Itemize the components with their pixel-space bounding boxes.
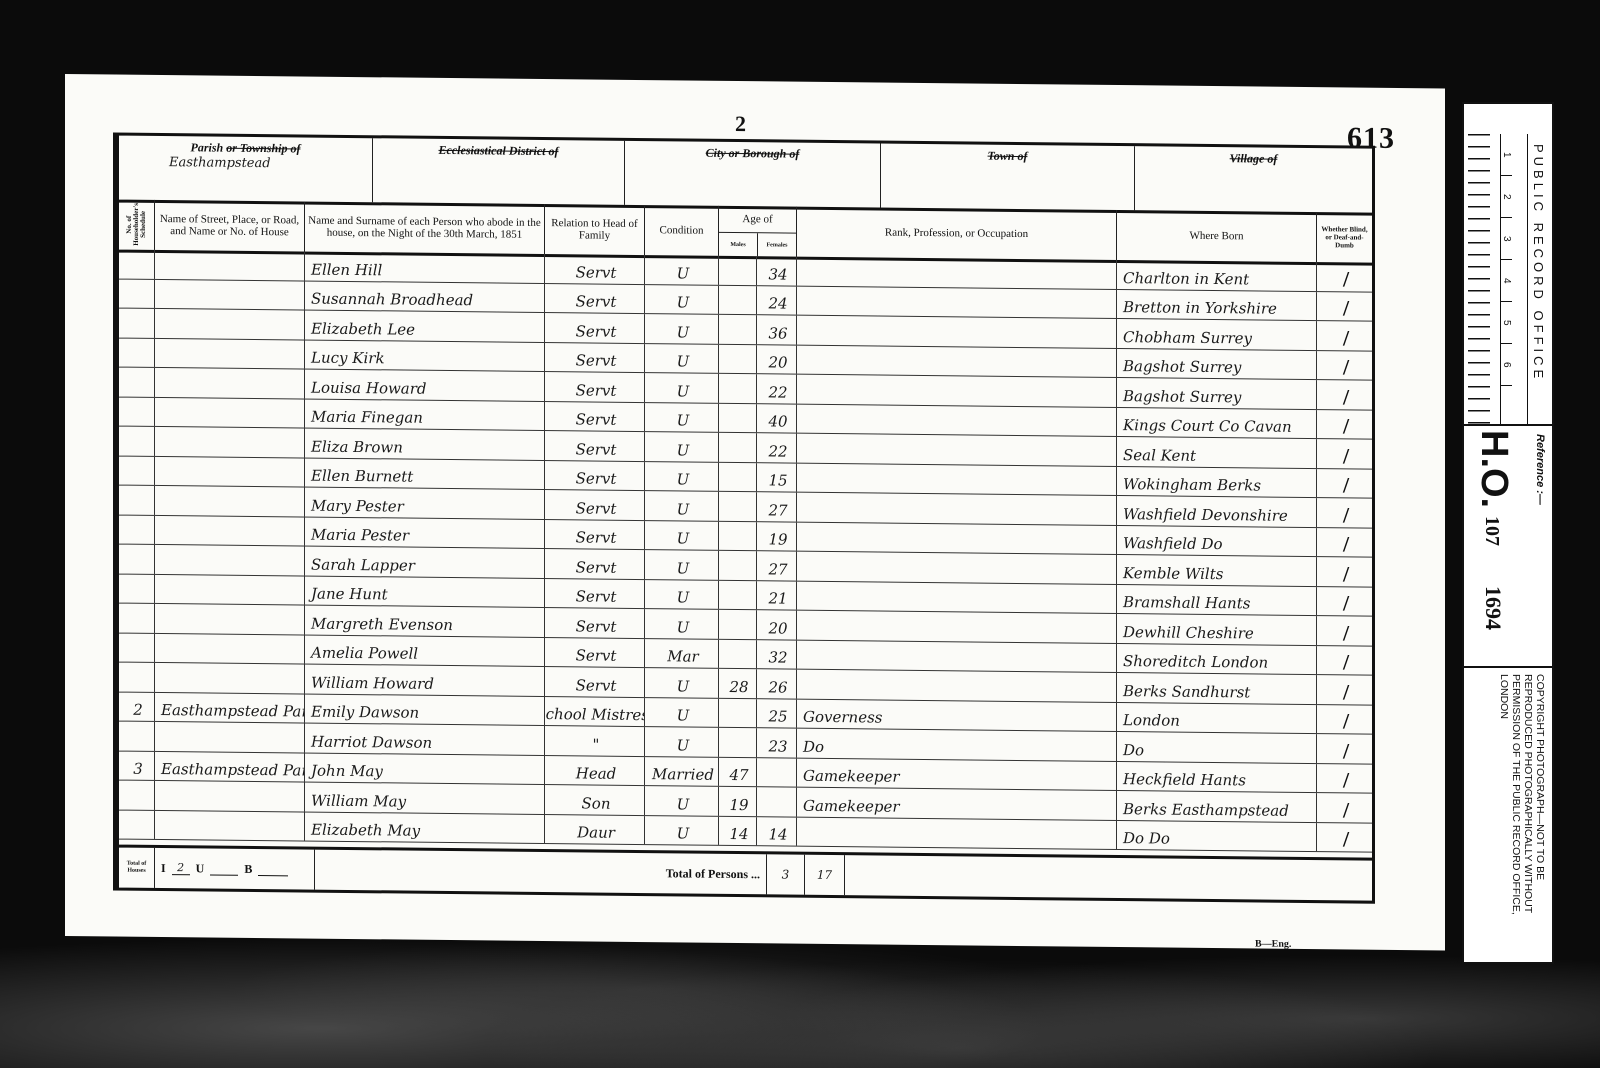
infirmity-cell: / [1317, 351, 1372, 380]
tally-mark-icon: / [1343, 711, 1349, 731]
occupation-cell [797, 404, 1117, 436]
occupation-cell [797, 345, 1117, 377]
females-total: 17 [805, 855, 845, 895]
infirmity-cell: / [1317, 764, 1372, 793]
infirmity-cell: / [1317, 557, 1372, 586]
persons-total-label: Total of Persons ... [315, 850, 767, 895]
occupation-cell [797, 581, 1117, 613]
archive-reference-strip: 123456 PUBLIC RECORD OFFICE Reference :—… [1462, 102, 1554, 964]
age-male-cell: 19 [719, 787, 757, 816]
age-male-cell [719, 344, 757, 373]
occupation-cell [797, 257, 1117, 289]
infirmity-cell: / [1317, 646, 1372, 675]
occupation-cell [797, 375, 1117, 407]
occupation-cell [797, 463, 1117, 495]
relation-cell: Servt [545, 520, 645, 550]
age-male-cell [719, 580, 757, 609]
relation-cell: Servt [545, 608, 645, 638]
age-female-cell [757, 787, 797, 816]
parish-value: Easthampstead [119, 155, 372, 173]
age-female-cell: 27 [757, 492, 797, 521]
schedule-cell [119, 515, 155, 544]
infirmity-cell: / [1317, 410, 1372, 439]
birthplace-cell: Wokingham Berks [1117, 467, 1317, 498]
occupation-cell [797, 493, 1117, 525]
age-male-cell [719, 639, 757, 668]
census-page: 2 613 Parish or Township of Easthampstea… [65, 74, 1445, 950]
col-birthplace: Where Born [1117, 210, 1317, 262]
relation-cell: Servt [545, 431, 645, 461]
condition-cell: U [645, 462, 719, 491]
condition-cell: U [645, 314, 719, 343]
house-cell [155, 663, 305, 693]
condition-cell: U [645, 786, 719, 815]
age-male-cell: 47 [719, 757, 757, 786]
class-code: H.O. [1472, 430, 1515, 508]
name-cell: Emily Dawson [305, 694, 545, 725]
infirmity-cell: / [1317, 262, 1372, 291]
age-male-cell [719, 551, 757, 580]
schedule-cell [119, 633, 155, 662]
condition-cell: U [645, 432, 719, 461]
name-cell: Elizabeth May [305, 812, 545, 843]
infirmity-cell: / [1317, 292, 1372, 321]
age-male-cell [719, 256, 757, 285]
birthplace-cell: Do Do [1117, 821, 1317, 852]
schedule-cell [119, 309, 155, 338]
relation-cell: Daur [545, 815, 645, 845]
infirmity-cell: / [1317, 469, 1372, 498]
birthplace-cell: Bagshot Surrey [1117, 378, 1317, 409]
house-cell [155, 486, 305, 516]
tally-mark-icon: / [1343, 800, 1349, 820]
house-cell: Easthampstead Park [155, 751, 305, 781]
age-male-cell [719, 462, 757, 491]
infirmity-cell: / [1317, 321, 1372, 350]
occupation-cell [797, 552, 1117, 584]
age-female-cell: 20 [757, 610, 797, 639]
occupation-cell [797, 817, 1117, 849]
relation-cell: Servt [545, 372, 645, 402]
condition-cell: U [645, 698, 719, 727]
schedule-cell [119, 722, 155, 751]
schedule-cell [119, 368, 155, 397]
age-female-cell: 22 [757, 433, 797, 462]
house-cell [155, 633, 305, 663]
house-cell [155, 574, 305, 604]
page-number: 2 [735, 111, 746, 137]
name-cell: Harriot Dawson [305, 724, 545, 755]
village-field: Village of [1135, 146, 1372, 212]
relation-cell: School Mistress [545, 697, 645, 727]
occupation-cell [797, 640, 1117, 672]
house-cell: Easthampstead Park [155, 692, 305, 722]
name-cell: William Howard [305, 665, 545, 696]
name-cell: Lucy Kirk [305, 340, 545, 371]
tally-mark-icon: / [1343, 741, 1349, 761]
condition-cell: U [645, 668, 719, 697]
schedule-cell [119, 604, 155, 633]
col-schedule: No. of Householder's Schedule [119, 200, 155, 250]
occupation-cell [797, 316, 1117, 348]
infirmity-cell: / [1317, 498, 1372, 527]
schedule-cell [119, 279, 155, 308]
tally-mark-icon: / [1343, 593, 1349, 613]
infirmity-cell: / [1317, 528, 1372, 557]
schedule-cell [119, 663, 155, 692]
name-cell: Jane Hunt [305, 576, 545, 607]
condition-cell: U [645, 727, 719, 756]
house-cell [155, 338, 305, 368]
col-condition: Condition [645, 205, 719, 256]
birthplace-cell: Bretton in Yorkshire [1117, 290, 1317, 321]
house-cell [155, 250, 305, 280]
house-cell [155, 515, 305, 545]
age-female-cell: 26 [757, 669, 797, 698]
house-cell [155, 722, 305, 752]
col-house: Name of Street, Place, or Road, and Name… [155, 200, 305, 252]
series-number: 107 [1480, 516, 1503, 546]
relation-cell: Servt [545, 461, 645, 491]
condition-cell: U [645, 816, 719, 845]
tally-mark-icon: / [1343, 446, 1349, 466]
age-male-cell [719, 374, 757, 403]
name-cell: Sarah Lapper [305, 547, 545, 578]
age-female-cell: 25 [757, 699, 797, 728]
age-male-cell [719, 728, 757, 757]
birthplace-cell: London [1117, 703, 1317, 734]
col-relation: Relation to Head of Family [545, 204, 645, 255]
birthplace-cell: Do [1117, 732, 1317, 763]
birthplace-cell: Seal Kent [1117, 437, 1317, 468]
borough-field: City or Borough of [625, 141, 881, 208]
birthplace-cell: Bramshall Hants [1117, 585, 1317, 616]
condition-cell: U [645, 373, 719, 402]
name-cell: Ellen Hill [305, 252, 545, 283]
house-cell [155, 368, 305, 398]
tally-mark-icon: / [1343, 652, 1349, 672]
relation-cell: Servt [545, 549, 645, 579]
schedule-cell [119, 250, 155, 279]
tally-mark-icon: / [1343, 534, 1349, 554]
age-male-cell: 28 [719, 669, 757, 698]
schedule-cell [119, 486, 155, 515]
name-cell: William May [305, 783, 545, 814]
condition-cell: U [645, 550, 719, 579]
schedule-cell: 2 [119, 692, 155, 721]
census-form: Parish or Township of Easthampstead Eccl… [113, 133, 1375, 904]
house-cell [155, 604, 305, 634]
relation-cell: Servt [545, 402, 645, 432]
age-female-cell: 14 [757, 817, 797, 846]
condition-cell: U [645, 285, 719, 314]
condition-cell: U [645, 344, 719, 373]
house-cell [155, 427, 305, 457]
relation-cell: Servt [545, 579, 645, 609]
col-name: Name and Surname of each Person who abod… [305, 202, 545, 255]
name-cell: Maria Finegan [305, 399, 545, 430]
house-cell [155, 545, 305, 575]
infirmity-cell: / [1317, 380, 1372, 409]
reference-box: Reference :— H.O. 107 1694 [1464, 426, 1552, 668]
condition-cell: U [645, 403, 719, 432]
condition-cell: U [645, 255, 719, 284]
tally-mark-icon: / [1343, 387, 1349, 407]
tally-mark-icon: / [1343, 829, 1349, 849]
tally-mark-icon: / [1343, 682, 1349, 702]
census-rows: Ellen HillServtU34Charlton in Kent/Susan… [119, 250, 1372, 853]
schedule-cell [119, 397, 155, 426]
schedule-cell [119, 338, 155, 367]
house-cell [155, 810, 305, 840]
age-female-cell: 40 [757, 404, 797, 433]
col-age: Age of MalesFemales [719, 206, 797, 257]
age-female-cell: 34 [757, 256, 797, 285]
age-male-cell [719, 610, 757, 639]
condition-cell: U [645, 580, 719, 609]
age-female-cell: 15 [757, 463, 797, 492]
infirmity-cell: / [1317, 616, 1372, 645]
tally-mark-icon: / [1343, 357, 1349, 377]
occupation-cell [797, 522, 1117, 554]
tally-mark-icon: / [1343, 475, 1349, 495]
schedule-cell [119, 810, 155, 839]
infirmity-cell: / [1317, 705, 1372, 734]
relation-cell: " [545, 726, 645, 756]
age-male-cell [719, 433, 757, 462]
tally-mark-icon: / [1343, 505, 1349, 525]
name-cell: Maria Pester [305, 517, 545, 548]
age-female-cell: 27 [757, 551, 797, 580]
schedule-cell [119, 456, 155, 485]
age-female-cell: 22 [757, 374, 797, 403]
birthplace-cell: Berks Sandhurst [1117, 673, 1317, 704]
condition-cell: Mar [645, 639, 719, 668]
house-cell [155, 456, 305, 486]
tally-mark-icon: / [1343, 269, 1349, 289]
occupation-cell [797, 611, 1117, 643]
age-female-cell: 23 [757, 728, 797, 757]
office-label: PUBLIC RECORD OFFICE [1531, 144, 1546, 382]
birthplace-cell: Charlton in Kent [1117, 260, 1317, 291]
occupation-cell: Governess [797, 699, 1117, 731]
totals-row: Total of Houses I 2 U B Total of Persons… [119, 845, 1372, 901]
house-cell [155, 309, 305, 339]
tally-mark-icon: / [1343, 770, 1349, 790]
tally-mark-icon: / [1343, 623, 1349, 643]
name-cell: Elizabeth Lee [305, 311, 545, 342]
form-code: B—Eng. [1255, 938, 1291, 949]
males-total: 3 [767, 854, 805, 894]
age-male-cell [719, 698, 757, 727]
name-cell: Louisa Howard [305, 370, 545, 401]
birthplace-cell: Berks Easthampstead [1117, 791, 1317, 822]
relation-cell: Servt [545, 254, 645, 284]
scale-ruler: 123456 PUBLIC RECORD OFFICE [1464, 134, 1552, 426]
age-female-cell: 21 [757, 581, 797, 610]
relation-cell: Servt [545, 490, 645, 520]
infirmity-cell: / [1317, 734, 1372, 763]
col-infirmity: Whether Blind, or Deaf-and-Dumb [1317, 212, 1372, 263]
occupation-cell [797, 670, 1117, 702]
birthplace-cell: Kemble Wilts [1117, 555, 1317, 586]
occupation-cell: Gamekeeper [797, 758, 1117, 790]
schedule-cell [119, 574, 155, 603]
age-male-cell [719, 403, 757, 432]
ruler-ticks [1468, 134, 1490, 424]
age-male-cell [719, 492, 757, 521]
relation-cell: Son [545, 785, 645, 815]
age-female-cell [757, 758, 797, 787]
age-male-cell [719, 285, 757, 314]
name-cell: Margreth Evenson [305, 606, 545, 637]
tally-mark-icon: / [1343, 328, 1349, 348]
condition-cell: Married [645, 757, 719, 786]
house-cell [155, 397, 305, 427]
birthplace-cell: Washfield Devonshire [1117, 496, 1317, 527]
col-occupation: Rank, Profession, or Occupation [797, 207, 1117, 260]
occupation-cell [797, 434, 1117, 466]
age-male-cell [719, 315, 757, 344]
occupation-cell [797, 286, 1117, 318]
birthplace-cell: Washfield Do [1117, 526, 1317, 557]
relation-cell: Head [545, 756, 645, 786]
houses-tally: I 2 U B [155, 848, 315, 890]
age-male-cell [719, 521, 757, 550]
house-cell [155, 279, 305, 309]
schedule-cell [119, 781, 155, 810]
birthplace-cell: Heckfield Hants [1117, 762, 1317, 793]
ecclesiastical-district-field: Ecclesiastical District of [373, 138, 625, 205]
infirmity-cell: / [1317, 439, 1372, 468]
parish-field: Parish or Township of Easthampstead [119, 136, 373, 203]
relation-cell: Servt [545, 638, 645, 668]
condition-cell: U [645, 609, 719, 638]
piece-number: 1694 [1480, 586, 1506, 630]
tally-mark-icon: / [1343, 564, 1349, 584]
schedule-cell: 3 [119, 751, 155, 780]
schedule-cell [119, 545, 155, 574]
schedule-cell [119, 427, 155, 456]
condition-cell: U [645, 521, 719, 550]
birthplace-cell: Bagshot Surrey [1117, 349, 1317, 380]
relation-cell: Servt [545, 343, 645, 373]
tally-mark-icon: / [1343, 416, 1349, 436]
town-field: Town of [881, 144, 1135, 211]
birthplace-cell: Shoreditch London [1117, 644, 1317, 675]
name-cell: Ellen Burnett [305, 458, 545, 489]
age-female-cell: 24 [757, 286, 797, 315]
copyright-notice: COPYRIGHT PHOTOGRAPH—NOT TO BE REPRODUCE… [1470, 674, 1546, 944]
relation-cell: Servt [545, 284, 645, 314]
name-cell: John May [305, 753, 545, 784]
name-cell: Mary Pester [305, 488, 545, 519]
tally-mark-icon: / [1343, 298, 1349, 318]
age-female-cell: 20 [757, 345, 797, 374]
age-female-cell: 36 [757, 315, 797, 344]
condition-cell: U [645, 491, 719, 520]
age-male-cell: 14 [719, 816, 757, 845]
infirmity-cell: / [1317, 793, 1372, 822]
birthplace-cell: Chobham Surrey [1117, 319, 1317, 350]
birthplace-cell: Kings Court Co Cavan [1117, 408, 1317, 439]
infirmity-cell: / [1317, 587, 1372, 616]
occupation-cell: Do [797, 729, 1117, 761]
relation-cell: Servt [545, 313, 645, 343]
occupation-cell: Gamekeeper [797, 788, 1117, 820]
houses-total-label: Total of Houses [119, 848, 155, 888]
name-cell: Eliza Brown [305, 429, 545, 460]
infirmity-cell: / [1317, 675, 1372, 704]
relation-cell: Servt [545, 667, 645, 697]
birthplace-cell: Dewhill Cheshire [1117, 614, 1317, 645]
house-cell [155, 781, 305, 811]
name-cell: Amelia Powell [305, 635, 545, 666]
age-female-cell: 32 [757, 640, 797, 669]
infirmity-cell: / [1317, 823, 1372, 852]
age-female-cell: 19 [757, 522, 797, 551]
name-cell: Susannah Broadhead [305, 281, 545, 312]
